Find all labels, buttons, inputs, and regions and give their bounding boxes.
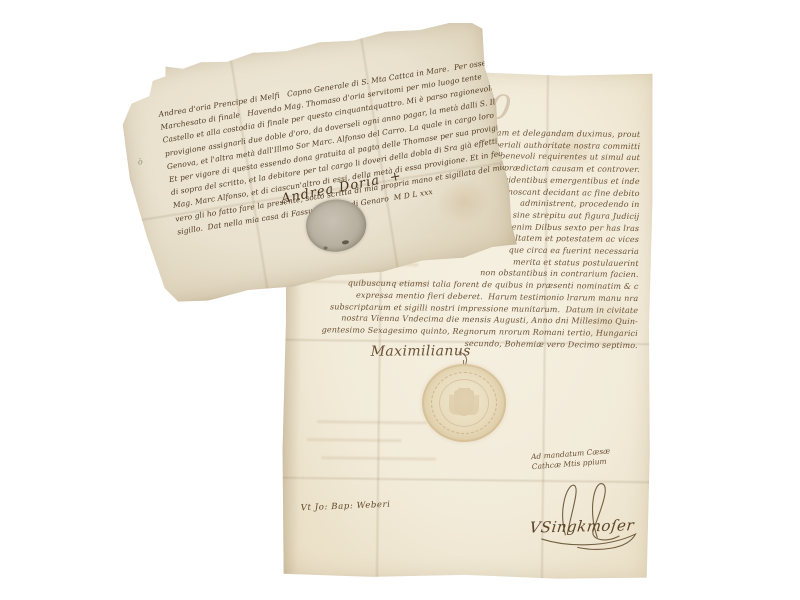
photograph-of-manuscripts: 10 mitendam et delegandam duximus, prout… — [0, 0, 800, 600]
seal-eagle-crest — [454, 390, 474, 416]
seal-speck — [342, 240, 350, 245]
countersignature-name: VSingkmoſer — [528, 516, 635, 536]
margin-pen-mark: ò — [137, 157, 143, 167]
countersignature-flourish — [527, 477, 648, 552]
show-through-smudge — [307, 438, 402, 442]
seal-speck — [323, 246, 327, 250]
embossed-paper-seal — [422, 363, 507, 442]
show-through-smudge — [317, 420, 427, 424]
countersignature: VSingkmoſer — [527, 477, 648, 552]
